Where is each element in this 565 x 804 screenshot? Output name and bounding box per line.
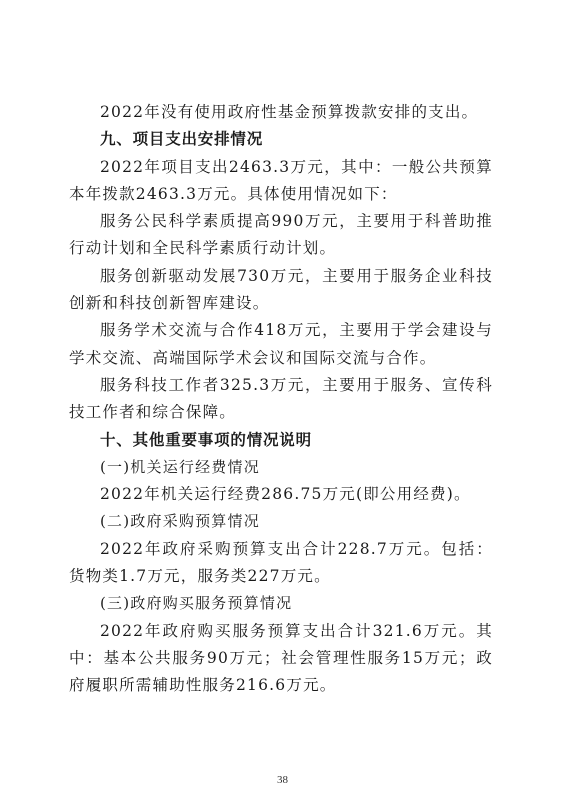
- paragraph-procurement: 2022年政府采购预算支出合计228.7万元。包括：货物类1.7万元，服务类22…: [69, 536, 493, 591]
- paragraph-fund-budget: 2022年没有使用政府性基金预算拨款安排的支出。: [69, 99, 493, 126]
- heading-other-matters: 十、其他重要事项的情况说明: [69, 427, 493, 454]
- paragraph-sci-tech-workers: 服务科技工作者325.3万元，主要用于服务、宣传科技工作者和综合保障。: [69, 372, 493, 427]
- paragraph-science-literacy: 服务公民科学素质提高990万元，主要用于科普助推行动计划和全民科学素质行动计划。: [69, 208, 493, 263]
- page-number: 38: [0, 774, 565, 786]
- subheading-procurement: (二)政府采购预算情况: [69, 508, 493, 535]
- heading-project-expenditure: 九、项目支出安排情况: [69, 126, 493, 153]
- paragraph-project-total: 2022年项目支出2463.3万元，其中：一般公共预算本年拨款2463.3万元。…: [69, 154, 493, 209]
- subheading-operating-costs: (一)机关运行经费情况: [69, 454, 493, 481]
- paragraph-academic-exchange: 服务学术交流与合作418万元，主要用于学会建设与学术交流、高端国际学术会议和国际…: [69, 317, 493, 372]
- paragraph-innovation: 服务创新驱动发展730万元，主要用于服务企业科技创新和科技创新智库建设。: [69, 263, 493, 318]
- paragraph-operating-costs: 2022年机关运行经费286.75万元(即公用经费)。: [69, 481, 493, 508]
- paragraph-service-purchase: 2022年政府购买服务预算支出合计321.6万元。其中：基本公共服务90万元；社…: [69, 618, 493, 700]
- subheading-service-purchase: (三)政府购买服务预算情况: [69, 590, 493, 617]
- document-page: 2022年没有使用政府性基金预算拨款安排的支出。 九、项目支出安排情况 2022…: [69, 99, 493, 700]
